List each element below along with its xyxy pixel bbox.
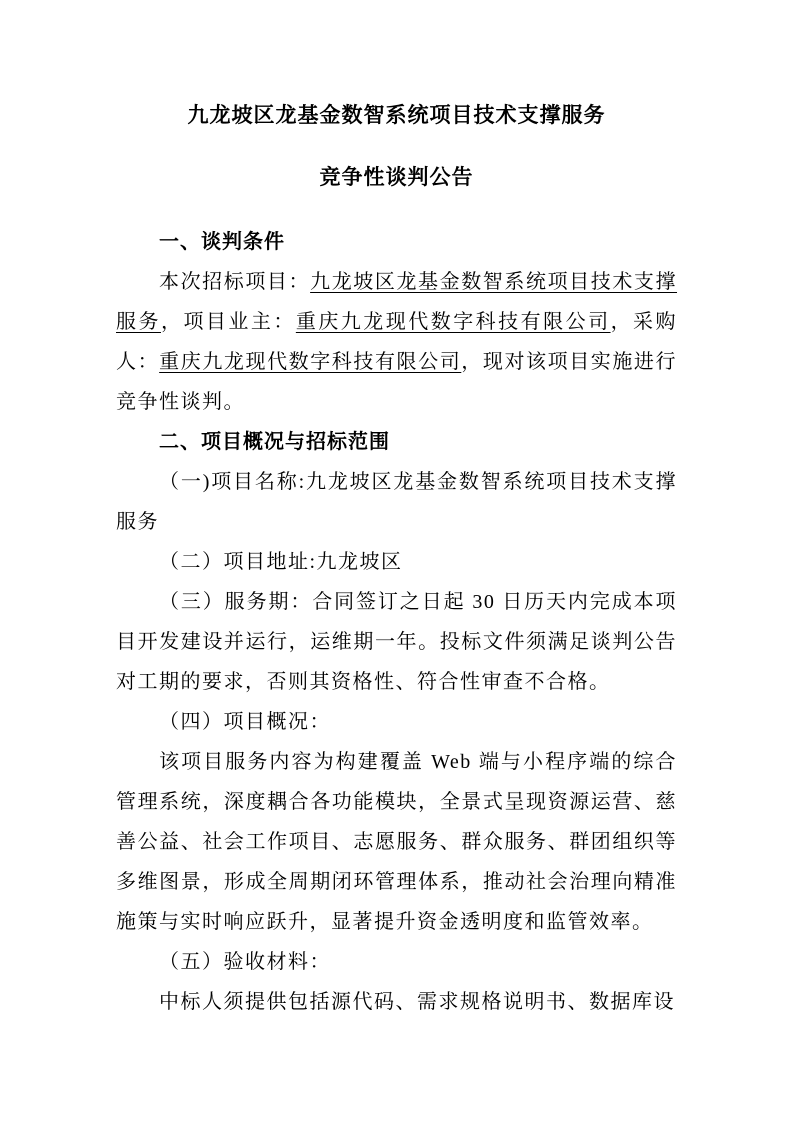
paragraph: 本次招标项目：九龙坡区龙基金数智系统项目技术支撑服务，项目业主：重庆九龙现代数字… bbox=[116, 262, 677, 422]
text-run: 中标人须提供包括源代码、需求规格说明书、数据库设 bbox=[159, 991, 675, 1013]
paragraph: （四）项目概况： bbox=[116, 702, 677, 742]
text-run: （五）验收材料： bbox=[159, 951, 331, 973]
underlined-text: 重庆九龙现代数字科技有限公司 bbox=[159, 351, 461, 373]
document-page: 九龙坡区龙基金数智系统项目技术支撑服务 竞争性谈判公告 一、谈判条件本次招标项目… bbox=[0, 0, 793, 1122]
document-title-line2: 竞争性谈判公告 bbox=[116, 146, 677, 208]
paragraph: （五）验收材料： bbox=[116, 942, 677, 982]
text-run: （三）服务期：合同签订之日起 30 日历天内完成本项目开发建设并运行，运维期一年… bbox=[116, 591, 677, 693]
document-title-line1: 九龙坡区龙基金数智系统项目技术支撑服务 bbox=[116, 84, 677, 146]
text-run: ，项目业主： bbox=[161, 311, 296, 333]
section-heading-2: 二、项目概况与招标范围 bbox=[116, 422, 677, 462]
paragraph: 中标人须提供包括源代码、需求规格说明书、数据库设 bbox=[116, 982, 677, 1022]
paragraph: （二）项目地址:九龙坡区 bbox=[116, 542, 677, 582]
text-run: （四）项目概况： bbox=[159, 711, 331, 733]
section-heading-1: 一、谈判条件 bbox=[116, 222, 677, 262]
text-run: 本次招标项目： bbox=[159, 271, 310, 293]
underlined-text: 重庆九龙现代数字科技有限公司 bbox=[296, 311, 611, 333]
paragraph: 该项目服务内容为构建覆盖 Web 端与小程序端的综合管理系统，深度耦合各功能模块… bbox=[116, 742, 677, 942]
text-run: 该项目服务内容为构建覆盖 Web 端与小程序端的综合管理系统，深度耦合各功能模块… bbox=[116, 751, 677, 933]
paragraph: （一)项目名称:九龙坡区龙基金数智系统项目技术支撑服务 bbox=[116, 462, 677, 542]
text-run: （二）项目地址:九龙坡区 bbox=[159, 551, 403, 573]
document-body: 一、谈判条件本次招标项目：九龙坡区龙基金数智系统项目技术支撑服务，项目业主：重庆… bbox=[116, 222, 677, 1022]
paragraph: （三）服务期：合同签订之日起 30 日历天内完成本项目开发建设并运行，运维期一年… bbox=[116, 582, 677, 702]
text-run: （一)项目名称:九龙坡区龙基金数智系统项目技术支撑服务 bbox=[116, 471, 677, 533]
